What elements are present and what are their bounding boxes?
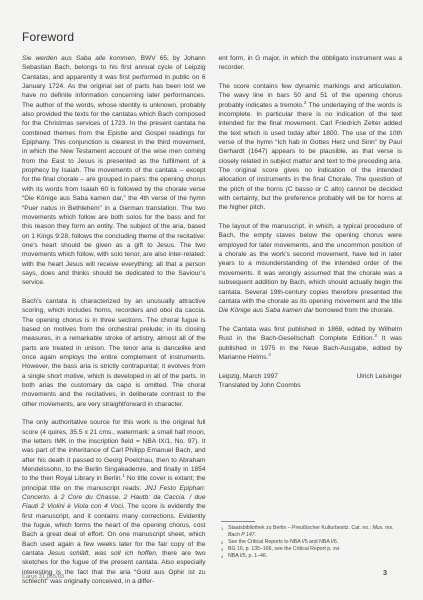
page-number: 3 bbox=[383, 568, 387, 577]
text-run: ent form, in G major, in which the obbli… bbox=[219, 55, 403, 71]
text-run: Jesus schläft, was soll ich hoffen, bbox=[48, 550, 158, 557]
text-run: NBA I/5, p. 1–46. bbox=[228, 553, 267, 559]
text-columns: Sie werden aus Saba alle kommen, BWV 65,… bbox=[22, 54, 402, 587]
footnote: 3BG 16, p. 135–166, see the Critical Rep… bbox=[221, 546, 403, 553]
edition-number: Carus 31.065/03 bbox=[22, 574, 64, 580]
footnote-text: See the Critical Reports to NBA I/5 and … bbox=[228, 539, 403, 546]
footnote-text: Staatsbibliothek zu Berlin – Preußischer… bbox=[228, 525, 403, 539]
footnote-divider bbox=[221, 521, 255, 522]
footnote-number: 4 bbox=[221, 553, 228, 560]
footnotes-section: 1Staatsbibliothek zu Berlin – Preußische… bbox=[221, 521, 403, 560]
footnote-list: 1Staatsbibliothek zu Berlin – Preußische… bbox=[221, 525, 403, 560]
page-title: Foreword bbox=[22, 30, 74, 44]
paragraph: Sie werden aus Saba alle kommen, BWV 65,… bbox=[22, 54, 206, 288]
text-run: 4 bbox=[268, 352, 270, 357]
left-column: Sie werden aus Saba alle kommen, BWV 65,… bbox=[22, 54, 206, 587]
footnote: 4NBA I/5, p. 1–46. bbox=[221, 553, 403, 560]
text-run: The only authoritative source for this w… bbox=[22, 419, 206, 482]
right-column: ent form, in G major, in which the obbli… bbox=[219, 54, 403, 587]
text-run: Die Könige aus Saba kamen dar bbox=[219, 307, 314, 314]
footnote-number: 1 bbox=[221, 525, 228, 532]
text-run: , BWV 65, by Johann Sebastian Bach, belo… bbox=[22, 55, 206, 286]
document-page: Foreword Sie werden aus Saba alle kommen… bbox=[0, 0, 423, 600]
footnote: 1Staatsbibliothek zu Berlin – Preußische… bbox=[221, 525, 403, 539]
paragraph: The layout of the manuscript, in which, … bbox=[219, 222, 403, 315]
footnote-text: BG 16, p. 135–166, see the Critical Repo… bbox=[228, 546, 403, 553]
text-run: The underlaying of the words is incomple… bbox=[219, 102, 403, 212]
footnote-text: NBA I/5, p. 1–46. bbox=[228, 553, 403, 560]
place-date: Leipzig, March 1997 bbox=[219, 372, 278, 381]
paragraph: The only authoritative source for this w… bbox=[22, 418, 206, 586]
text-run: BG 16, p. 135–166, see the Critical Repo… bbox=[228, 546, 341, 552]
author-name: Ulrich Leisinger bbox=[357, 372, 402, 381]
footnote-number: 2 bbox=[221, 539, 228, 546]
footnote-number: 3 bbox=[221, 546, 228, 553]
text-run: The layout of the manuscript, in which, … bbox=[219, 223, 403, 305]
footnote: 2See the Critical Reports to NBA I/5 and… bbox=[221, 539, 403, 546]
translator-credit: Translated by John Coombs bbox=[219, 381, 403, 390]
paragraph: Bach’s cantata is characterized by an un… bbox=[22, 297, 206, 409]
text-run: borrowed from the chorale. bbox=[313, 307, 394, 314]
text-run: See the Critical Reports to NBA I/5 and … bbox=[228, 539, 338, 545]
signature-row: Leipzig, March 1997 Ulrich Leisinger bbox=[219, 372, 403, 381]
paragraph: The score contains few dynamic markings … bbox=[219, 82, 403, 213]
text-run: Sie werden aus Saba alle kommen bbox=[22, 55, 135, 62]
right-column-text: ent form, in G major, in which the obbli… bbox=[219, 54, 403, 362]
signature-block: Leipzig, March 1997 Ulrich Leisinger Tra… bbox=[219, 372, 403, 391]
text-run: Staatsbibliothek zu Berlin – Preußischer… bbox=[228, 525, 372, 531]
paragraph: ent form, in G major, in which the obbli… bbox=[219, 54, 403, 73]
paragraph: The Cantata was first published in 1868,… bbox=[219, 325, 403, 362]
text-run: Bach’s cantata is characterized by an un… bbox=[22, 298, 206, 408]
